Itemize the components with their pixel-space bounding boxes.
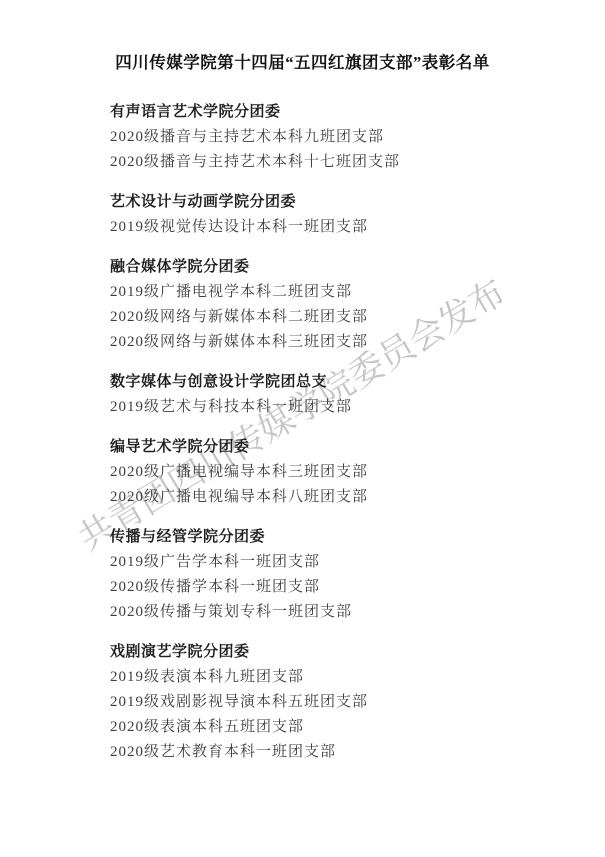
- branch-item: 2020级播音与主持艺术本科十七班团支部: [110, 150, 555, 175]
- branch-item: 2020级播音与主持艺术本科九班团支部: [110, 125, 555, 150]
- section-heading: 有声语言艺术学院分团委: [110, 100, 555, 125]
- branch-item: 2020级传播与策划专科一班团支部: [110, 600, 555, 625]
- branch-item: 2020级网络与新媒体本科二班团支部: [110, 305, 555, 330]
- branch-item: 2019级戏剧影视导演本科五班团支部: [110, 690, 555, 715]
- section-heading: 艺术设计与动画学院分团委: [110, 190, 555, 215]
- branch-item: 2020级传播学本科一班团支部: [110, 575, 555, 600]
- branch-item: 2020级广播电视编导本科三班团支部: [110, 460, 555, 485]
- section-heading: 数字媒体与创意设计学院团总支: [110, 370, 555, 395]
- branch-item: 2020级表演本科五班团支部: [110, 715, 555, 740]
- document-page: 共青团四川传媒学院委员会发布 四川传媒学院第十四届“五四红旗团支部”表彰名单 有…: [0, 0, 605, 857]
- award-section: 有声语言艺术学院分团委2020级播音与主持艺术本科九班团支部2020级播音与主持…: [110, 100, 555, 175]
- branch-item: 2019级广播电视学本科二班团支部: [110, 280, 555, 305]
- award-list: 有声语言艺术学院分团委2020级播音与主持艺术本科九班团支部2020级播音与主持…: [110, 100, 555, 765]
- page-title: 四川传媒学院第十四届“五四红旗团支部”表彰名单: [0, 0, 605, 76]
- branch-item: 2020级艺术教育本科一班团支部: [110, 740, 555, 765]
- section-heading: 编导艺术学院分团委: [110, 435, 555, 460]
- award-section: 戏剧演艺学院分团委2019级表演本科九班团支部2019级戏剧影视导演本科五班团支…: [110, 640, 555, 765]
- branch-item: 2020级网络与新媒体本科三班团支部: [110, 330, 555, 355]
- branch-item: 2019级表演本科九班团支部: [110, 665, 555, 690]
- branch-item: 2020级广播电视编导本科八班团支部: [110, 485, 555, 510]
- award-section: 编导艺术学院分团委2020级广播电视编导本科三班团支部2020级广播电视编导本科…: [110, 435, 555, 510]
- award-section: 融合媒体学院分团委2019级广播电视学本科二班团支部2020级网络与新媒体本科二…: [110, 255, 555, 355]
- award-section: 传播与经管学院分团委2019级广告学本科一班团支部2020级传播学本科一班团支部…: [110, 525, 555, 625]
- section-heading: 传播与经管学院分团委: [110, 525, 555, 550]
- branch-item: 2019级广告学本科一班团支部: [110, 550, 555, 575]
- branch-item: 2019级艺术与科技本科一班团支部: [110, 395, 555, 420]
- section-heading: 戏剧演艺学院分团委: [110, 640, 555, 665]
- award-section: 艺术设计与动画学院分团委2019级视觉传达设计本科一班团支部: [110, 190, 555, 240]
- award-section: 数字媒体与创意设计学院团总支2019级艺术与科技本科一班团支部: [110, 370, 555, 420]
- section-heading: 融合媒体学院分团委: [110, 255, 555, 280]
- branch-item: 2019级视觉传达设计本科一班团支部: [110, 215, 555, 240]
